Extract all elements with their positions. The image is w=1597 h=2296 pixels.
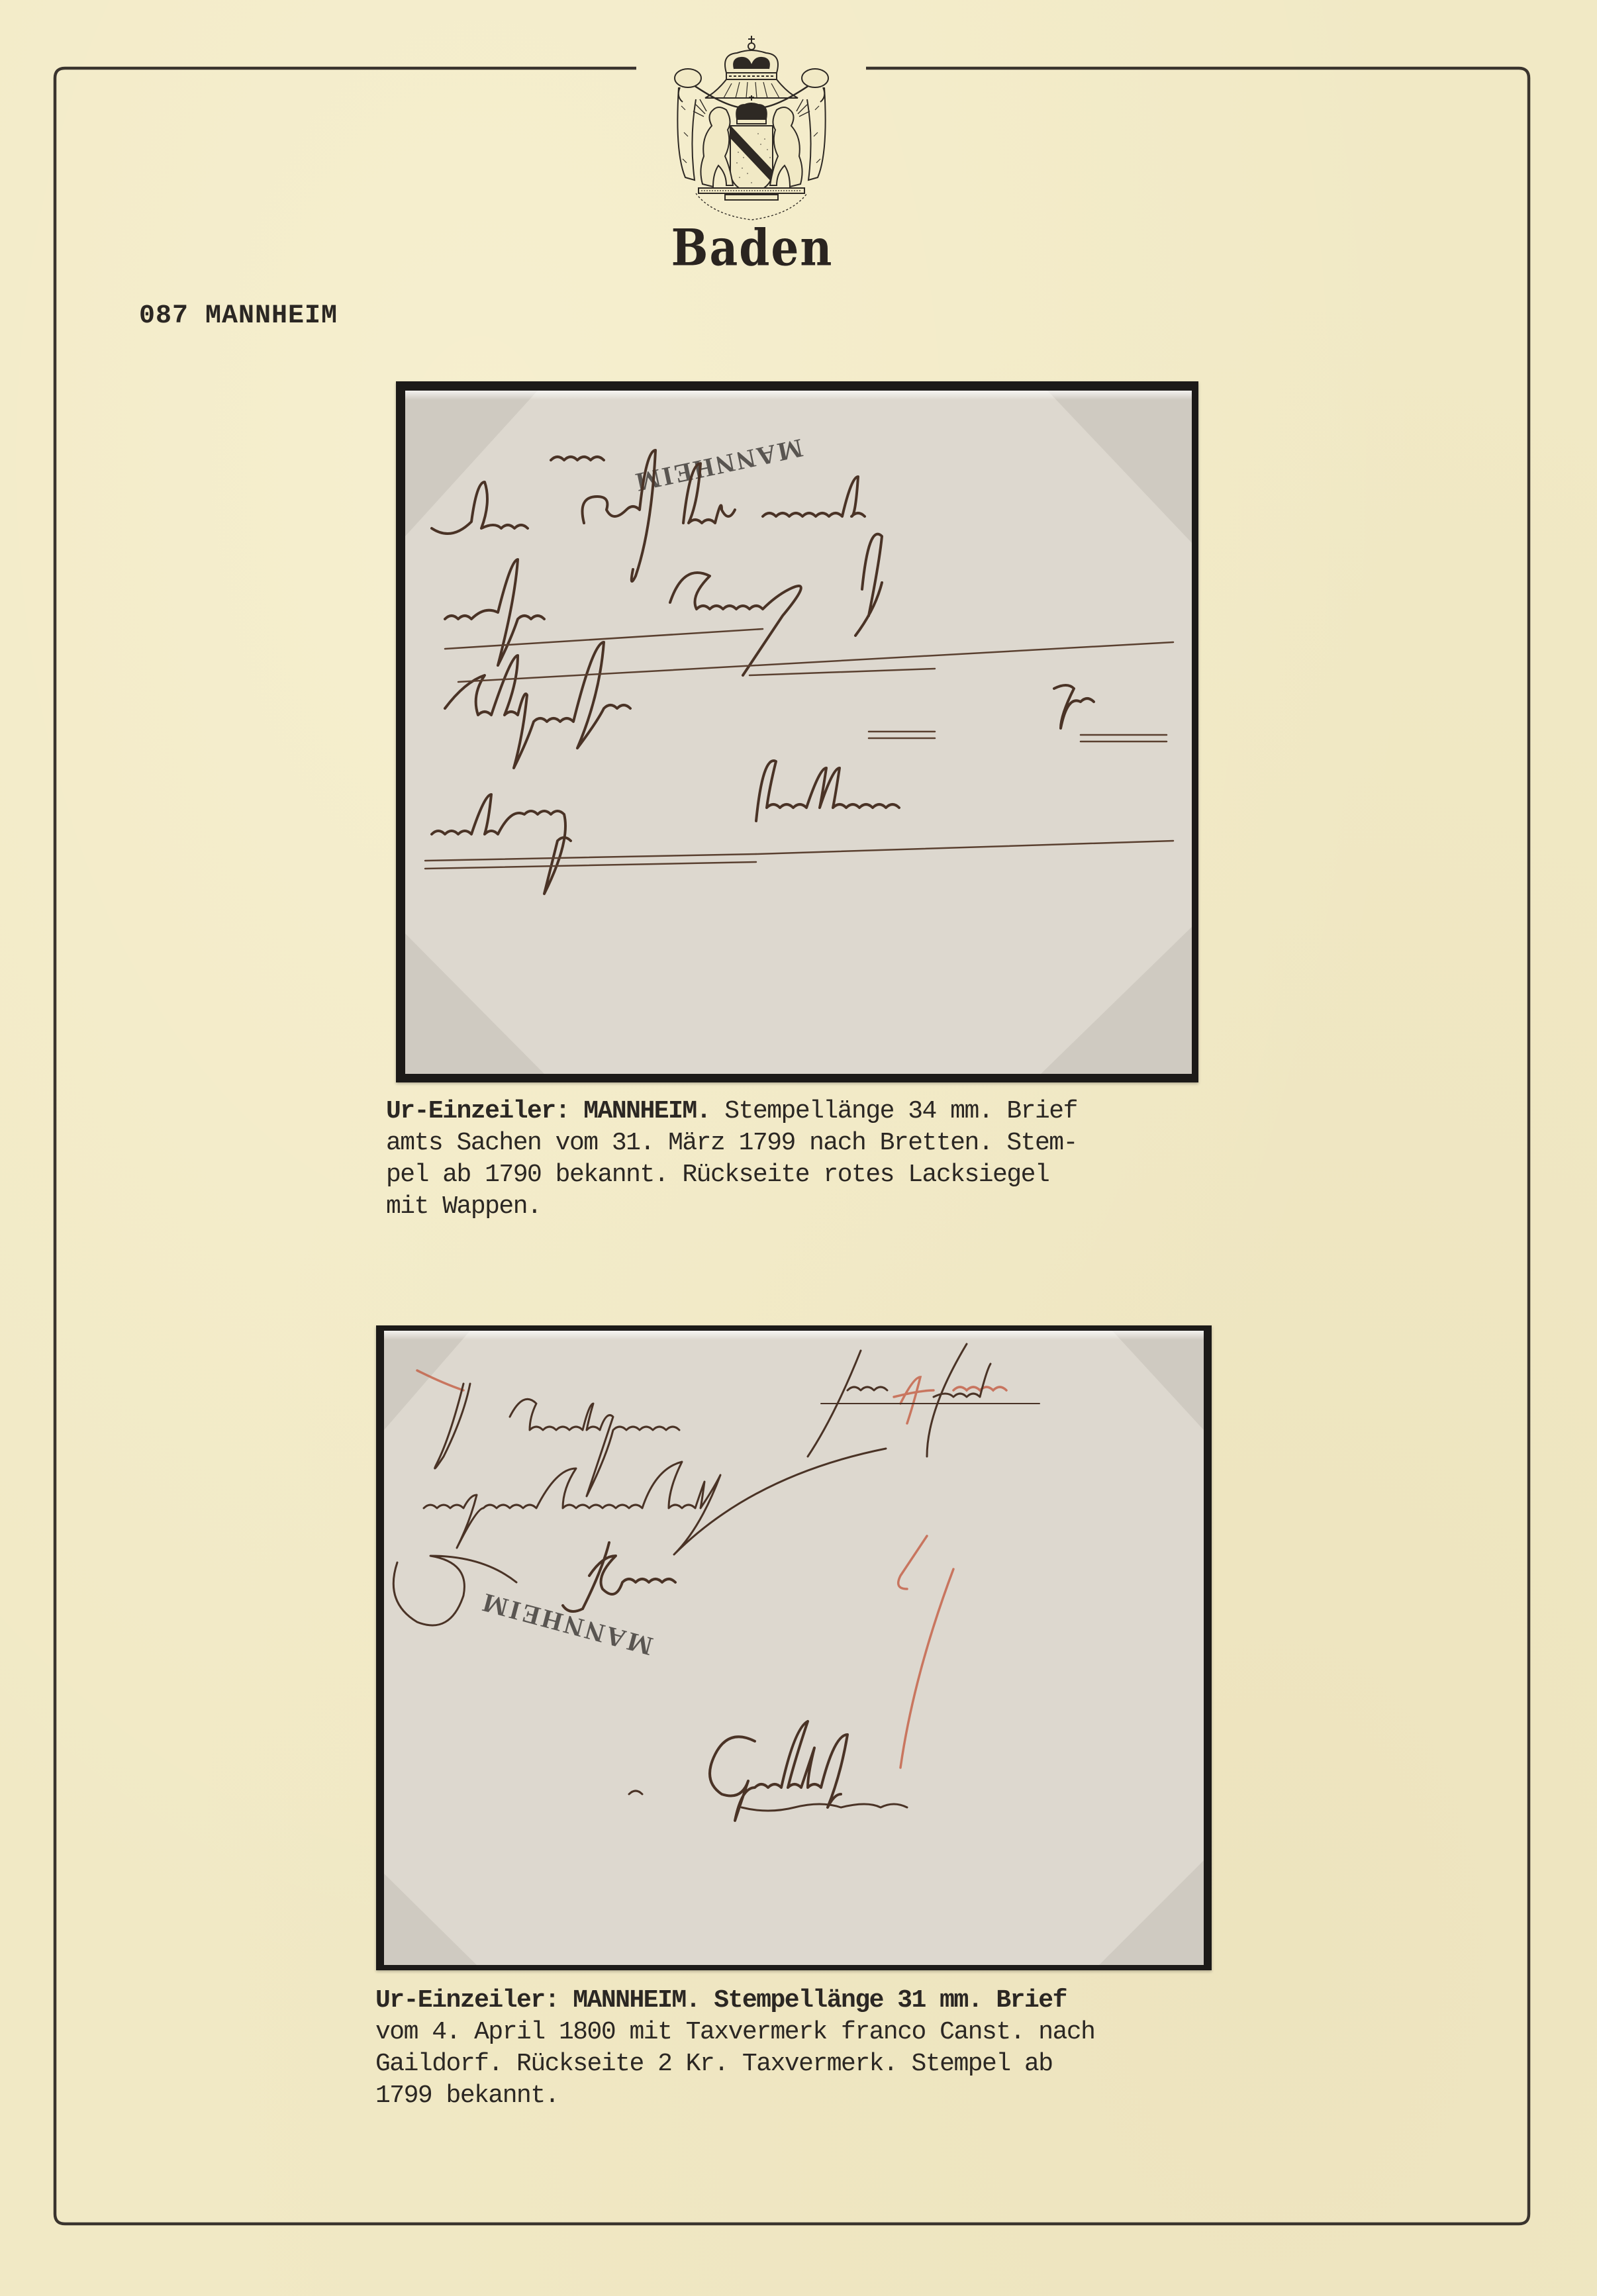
cover-2-caption: Ur-Einzeiler: MANNHEIM. Stempellänge 31 … — [375, 1985, 1095, 2112]
red-tax-marking — [417, 1370, 1006, 1768]
handwritten-address — [432, 450, 1094, 894]
cover-1-artwork: MANNHEIM — [405, 391, 1192, 1074]
section-heading: 087 MANNHEIM — [139, 301, 338, 331]
address-underlines — [425, 629, 1173, 869]
caption-2-line-2: vom 4. April 1800 mit Taxvermerk franco … — [375, 2018, 1095, 2046]
caption-2-line-1: Ur-Einzeiler: MANNHEIM. Stempellänge 31 … — [375, 1986, 1067, 2015]
svg-text:MANNHEIM: MANNHEIM — [477, 1587, 655, 1662]
cover-2-artwork: MANNHEIM — [384, 1331, 1204, 1965]
caption-1-line-3: pel ab 1790 bekannt. Rückseite rotes Lac… — [386, 1161, 1049, 1189]
caption-1-line-2: amts Sachen vom 31. März 1799 nach Brett… — [386, 1129, 1077, 1157]
protective-sleeve-highlight — [405, 391, 1192, 400]
postal-cover-2: MANNHEIM — [384, 1331, 1204, 1965]
caption-2-line-4: 1799 bekannt. — [375, 2081, 559, 2110]
protective-sleeve-highlight — [384, 1331, 1204, 1340]
mannheim-postmark: MANNHEIM — [631, 433, 805, 498]
caption-1-bold-lead: Ur-Einzeiler: MANNHEIM. — [386, 1097, 710, 1125]
mannheim-postmark: MANNHEIM — [477, 1587, 655, 1662]
caption-1-line-1: Stempellänge 34 mm. Brief — [710, 1097, 1077, 1125]
postal-cover-1: MANNHEIM — [405, 391, 1192, 1074]
region-title: Baden — [653, 218, 851, 277]
stamp-mount-2: MANNHEIM — [376, 1325, 1212, 1970]
stamp-mount-1: MANNHEIM — [396, 381, 1198, 1082]
baden-coat-of-arms-icon — [652, 26, 851, 225]
caption-2-line-3: Gaildorf. Rückseite 2 Kr. Taxvermerk. St… — [375, 2050, 1053, 2078]
cover-1-caption: Ur-Einzeiler: MANNHEIM. Stempellänge 34 … — [386, 1096, 1077, 1223]
svg-text:MANNHEIM: MANNHEIM — [631, 433, 805, 498]
caption-1-line-4: mit Wappen. — [386, 1192, 541, 1221]
handwritten-address — [393, 1344, 1040, 1821]
